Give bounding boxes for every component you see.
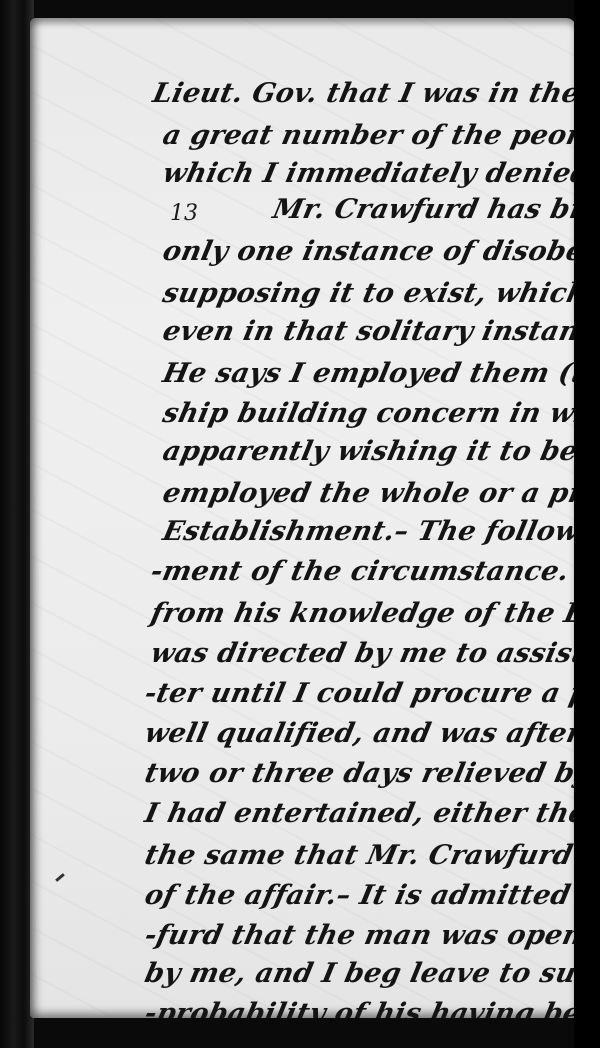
manuscript-line: I had entertained, either the day before… xyxy=(142,798,576,829)
manuscript-line: by me, and I beg leave to submit the i xyxy=(142,958,576,989)
paragraph-number: 13 xyxy=(170,201,198,226)
manuscript-line: the same that Mr. Crawfurd was infor xyxy=(142,840,576,871)
manuscript-line: from his knowledge of the English langua xyxy=(148,598,576,629)
manuscript-line: -probability of his having been so in de… xyxy=(142,998,576,1018)
manuscript-line: only one instance of disobedience to thi… xyxy=(160,236,576,267)
manuscript-line: Mr. Crawfurd has brought forw xyxy=(270,194,576,225)
manuscript-line: Establishment.– The following is a true … xyxy=(160,516,576,547)
manuscript-line: He says I employed them (the peons) in a xyxy=(160,358,576,389)
manuscript-line: ship building concern in which I am eng xyxy=(160,398,576,429)
binding-edge-left xyxy=(0,0,34,1048)
manuscript-line: supposing it to exist, which I do not ad… xyxy=(160,278,576,309)
manuscript-line: -furd that the man was openly employ xyxy=(142,920,576,951)
manuscript-page: Lieut. Gov. that I was in the habit of k… xyxy=(30,18,576,1018)
manuscript-line: a great number of the peons about my p xyxy=(160,120,576,151)
manuscript-line: two or three days relieved by a person w… xyxy=(142,758,576,789)
manuscript-line: even in that solitary instance has exagg… xyxy=(160,316,576,347)
manuscript-line: well qualified, and was after being empl… xyxy=(142,718,576,749)
manuscript-line: employed the whole or a principal part o… xyxy=(160,478,576,509)
manuscript-line: -ment of the circumstance. One of the pe… xyxy=(148,556,576,587)
manuscript-line: which I immediately denied.– xyxy=(160,158,576,189)
manuscript-line: of the affair.– It is admitted by Mr. Cr… xyxy=(142,880,576,911)
manuscript-line: was directed by me to assist as an inter… xyxy=(148,638,576,669)
manuscript-line: Lieut. Gov. that I was in the habit of k… xyxy=(150,78,576,109)
binding-edge-right xyxy=(574,0,600,1048)
manuscript-line: apparently wishing it to be inferred tha… xyxy=(160,436,576,467)
manuscript-text: Lieut. Gov. that I was in the habit of k… xyxy=(30,18,576,1018)
manuscript-line: -ter until I could procure a person equa… xyxy=(142,678,576,709)
manuscript-scan: Lieut. Gov. that I was in the habit of k… xyxy=(0,0,600,1048)
